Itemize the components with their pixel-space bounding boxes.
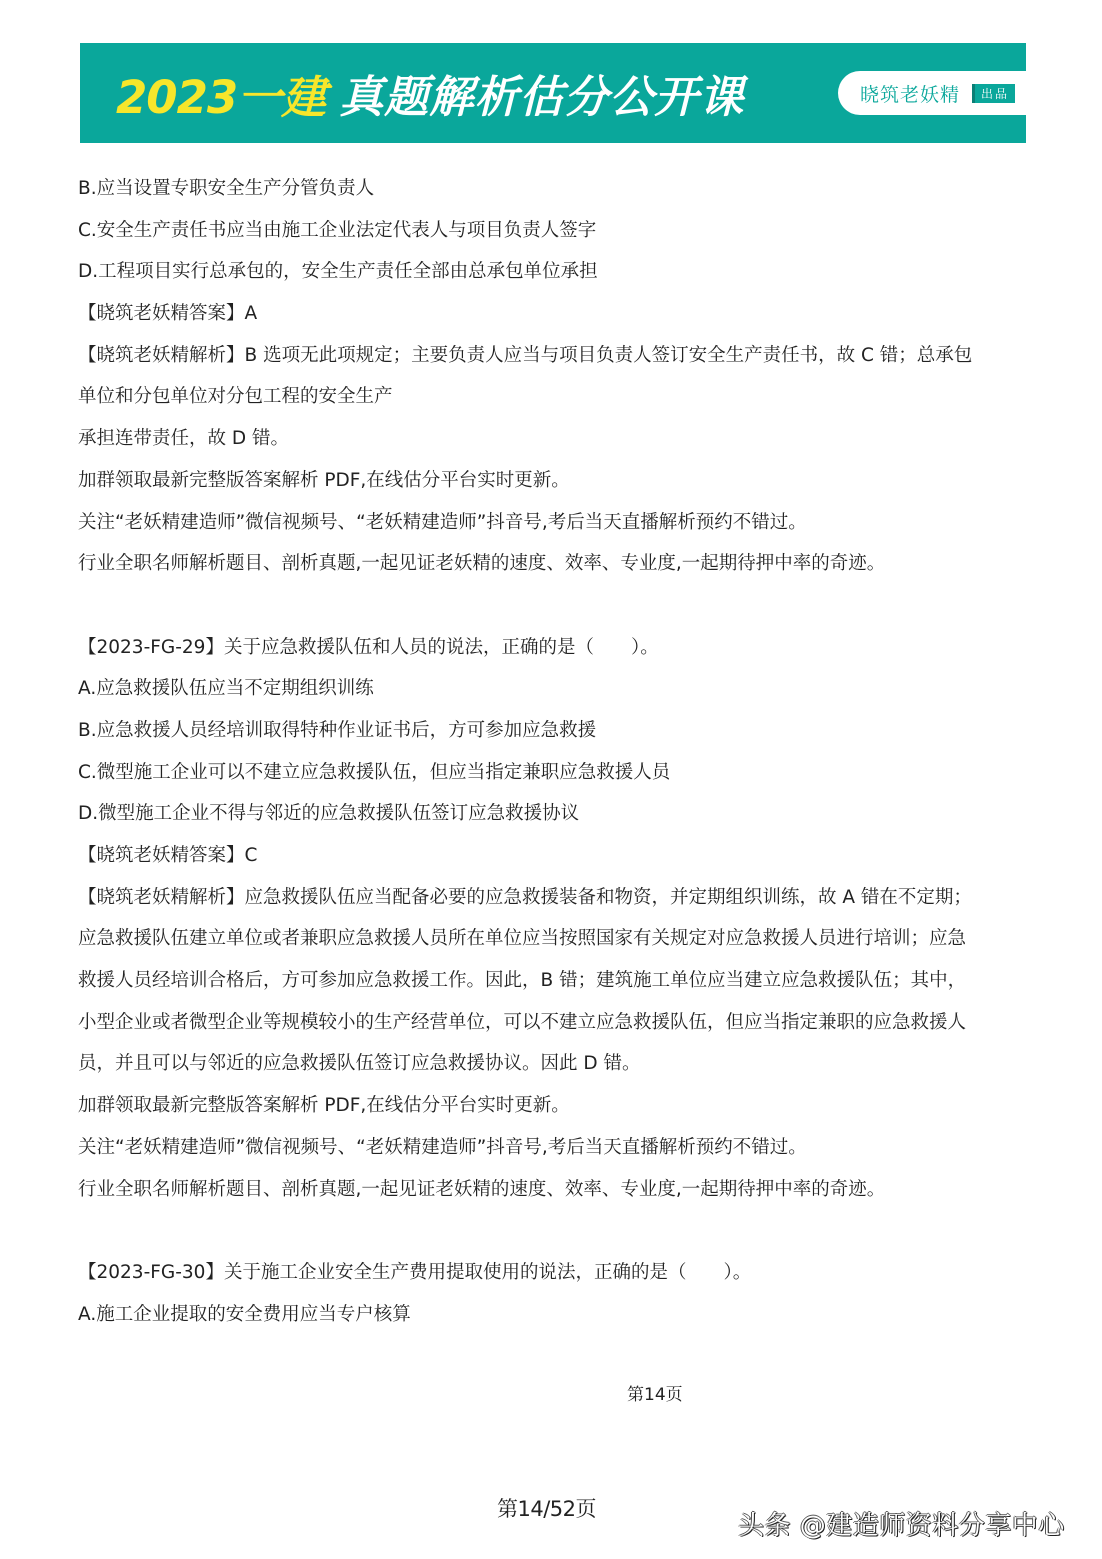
promo-line: 行业全职名师解析题目、剖析真题,一起见证老妖精的速度、效率、专业度,一起期待押中… — [78, 1169, 1028, 1211]
analysis-line: 小型企业或者微型企业等规模较小的生产经营单位，可以不建立应急救援队伍，但应当指定… — [78, 1002, 1028, 1044]
spacer — [78, 585, 1028, 627]
option-b: B.应急救援人员经培训取得特种作业证书后，方可参加应急救援 — [78, 710, 1028, 752]
document-body: B.应当设置专职安全生产分管负责人 C.安全生产责任书应当由施工企业法定代表人与… — [78, 168, 1028, 1335]
promo-line: 关注“老妖精建造师”微信视频号、“老妖精建造师”抖音号,考后当天直播解析预约不错… — [78, 502, 1028, 544]
option-c: C.安全生产责任书应当由施工企业法定代表人与项目负责人签字 — [78, 210, 1028, 252]
analysis-line: 单位和分包单位对分包工程的安全生产 — [78, 376, 1028, 418]
promo-line: 行业全职名师解析题目、剖析真题,一起见证老妖精的速度、效率、专业度,一起期待押中… — [78, 543, 1028, 585]
answer: 【晓筑老妖精答案】A — [78, 293, 1028, 335]
analysis-line: 员，并且可以与邻近的应急救援队伍签订应急救援协议。因此 D 错。 — [78, 1043, 1028, 1085]
brand-pill: 晓筑老妖精 出品 — [838, 71, 1026, 115]
banner-title: 2023一建 真题解析估分公开课 — [116, 65, 744, 121]
spacer — [78, 1210, 1028, 1252]
watermark: 头条 @建造师资料分享中心 — [738, 1505, 1065, 1542]
header-banner: 2023一建 真题解析估分公开课 晓筑老妖精 出品 — [80, 43, 1026, 143]
question-title: 【2023-FG-30】关于施工企业安全生产费用提取使用的说法，正确的是（ ）。 — [78, 1252, 1028, 1294]
analysis-line: 【晓筑老妖精解析】B 选项无此项规定；主要负责人应当与项目负责人签订安全生产责任… — [78, 335, 1028, 377]
promo-line: 加群领取最新完整版答案解析 PDF,在线估分平台实时更新。 — [78, 460, 1028, 502]
analysis-line: 承担连带责任，故 D 错。 — [78, 418, 1028, 460]
page-indicator: 第14/52页 — [497, 1493, 596, 1523]
option-a: A.应急救援队伍应当不定期组织训练 — [78, 668, 1028, 710]
option-d: D.微型施工企业不得与邻近的应急救援队伍签订应急救援协议 — [78, 793, 1028, 835]
analysis-line: 应急救援队伍建立单位或者兼职应急救援人员所在单位应当按照国家有关规定对应急救援人… — [78, 918, 1028, 960]
option-b: B.应当设置专职安全生产分管负责人 — [78, 168, 1028, 210]
answer: 【晓筑老妖精答案】C — [78, 835, 1028, 877]
question-title: 【2023-FG-29】关于应急救援队伍和人员的说法，正确的是（ ）。 — [78, 627, 1028, 669]
brand-name: 晓筑老妖精 — [860, 80, 960, 107]
promo-line: 加群领取最新完整版答案解析 PDF,在线估分平台实时更新。 — [78, 1085, 1028, 1127]
promo-line: 关注“老妖精建造师”微信视频号、“老妖精建造师”抖音号,考后当天直播解析预约不错… — [78, 1127, 1028, 1169]
brand-badge: 出品 — [972, 84, 1015, 103]
page-number: 第14页 — [627, 1380, 683, 1405]
option-d: D.工程项目实行总承包的，安全生产责任全部由总承包单位承担 — [78, 251, 1028, 293]
banner-year: 2023一建 — [116, 61, 325, 126]
banner-main-title: 真题解析估分公开课 — [339, 61, 744, 125]
option-a: A.施工企业提取的安全费用应当专户核算 — [78, 1294, 1028, 1336]
analysis-line: 【晓筑老妖精解析】应急救援队伍应当配备必要的应急救援装备和物资，并定期组织训练，… — [78, 877, 1028, 919]
analysis-line: 救援人员经培训合格后，方可参加应急救援工作。因此，B 错；建筑施工单位应当建立应… — [78, 960, 1028, 1002]
option-c: C.微型施工企业可以不建立应急救援队伍，但应当指定兼职应急救援人员 — [78, 752, 1028, 794]
